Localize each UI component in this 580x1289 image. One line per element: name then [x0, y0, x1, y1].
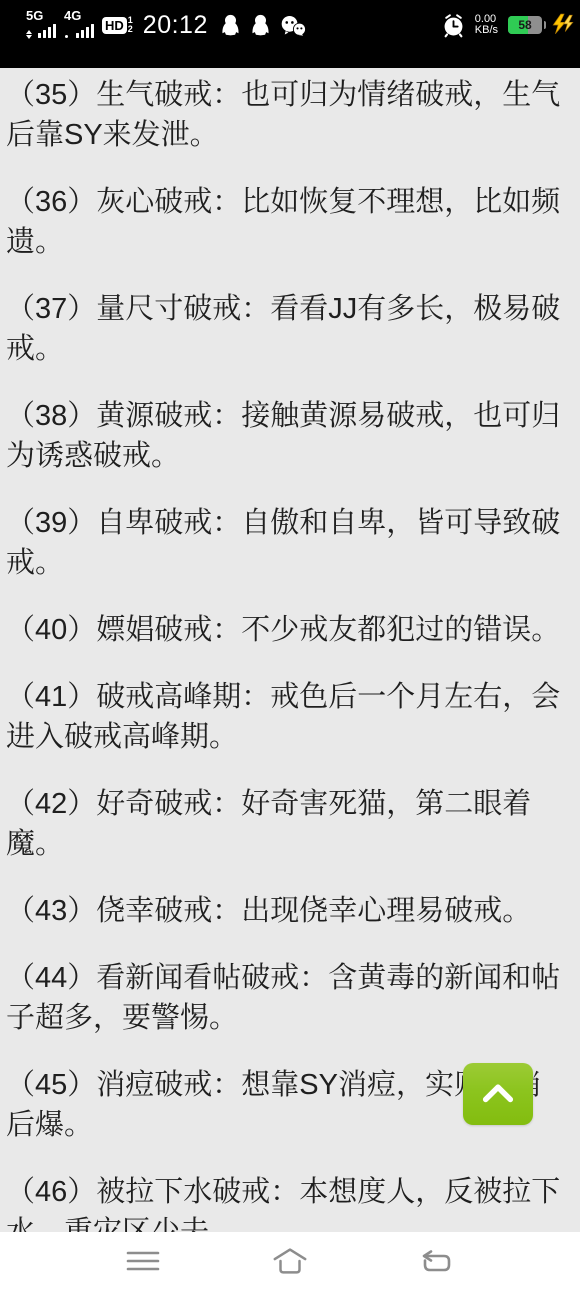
menu-icon: [126, 1247, 160, 1275]
hd-sim2-label: 2: [128, 25, 133, 34]
article-paragraph: （35）生气破戒：也可归为情绪破戒，生气后靠SY来发泄。: [6, 75, 568, 155]
signal-bars-icon: [76, 24, 95, 38]
network-speed-unit: KB/s: [475, 25, 498, 36]
alarm-clock-icon: [440, 12, 467, 39]
article-paragraph: （40）嫖娼破戒：不少戒友都犯过的错误。: [6, 610, 568, 650]
signal-bars-icon: [38, 24, 57, 38]
clock-time: 20:12: [143, 11, 208, 40]
hd-volte-icon: HD 1 2: [102, 16, 133, 34]
hd-badge: HD: [102, 17, 127, 34]
status-bar: 5G 4G HD 1 2 20:12: [0, 0, 580, 68]
article-paragraph: （36）灰心破戒：比如恢复不理想，比如频遗。: [6, 182, 568, 262]
chevron-up-icon: [474, 1076, 522, 1112]
battery-nub: [544, 21, 547, 29]
back-button[interactable]: [418, 1245, 456, 1277]
menu-button[interactable]: [124, 1245, 162, 1277]
notification-icons: [220, 14, 307, 37]
home-button[interactable]: [271, 1245, 309, 1277]
article-paragraph: （39）自卑破戒：自傲和自卑，皆可导致破戒。: [6, 503, 568, 583]
network-5g-label: 5G: [26, 9, 43, 22]
article-paragraph: （38）黄源破戒：接触黄源易破戒，也可归为诱惑破戒。: [6, 396, 568, 476]
article-paragraph: （42）好奇破戒：好奇害死猫，第二眼着魔。: [6, 784, 568, 864]
article-paragraph: （41）破戒高峰期：戒色后一个月左右，会进入破戒高峰期。: [6, 677, 568, 757]
article-paragraph: （44）看新闻看帖破戒：含黄毒的新闻和帖子超多，要警惕。: [6, 958, 568, 1038]
back-to-top-button[interactable]: [463, 1063, 533, 1125]
network-speed: 0.00 KB/s: [475, 14, 498, 36]
article-paragraph: （37）量尺寸破戒：看看JJ有多长，极易破戒。: [6, 289, 568, 369]
status-row: 5G 4G HD 1 2 20:12: [0, 0, 580, 48]
article-paragraph: （46）被拉下水破戒：本想度人，反被拉下水，重灾区少去。: [6, 1172, 568, 1232]
battery-percent-label: 58: [508, 16, 542, 34]
home-icon: [271, 1246, 309, 1276]
signal-5g-icon: 5G: [26, 9, 56, 41]
article-paragraph: （43）侥幸破戒：出现侥幸心理易破戒。: [6, 891, 568, 931]
updown-arrows-icon: [26, 30, 32, 39]
back-icon: [419, 1248, 455, 1274]
qq-icon: [220, 14, 241, 37]
article: （35）生气破戒：也可归为情绪破戒，生气后靠SY来发泄。 （36）灰心破戒：比如…: [0, 68, 580, 1232]
qq-icon: [250, 14, 271, 37]
phone-screen: 5G 4G HD 1 2 20:12: [0, 0, 580, 1289]
signal-dot-icon: [65, 35, 68, 38]
wechat-icon: [280, 15, 307, 36]
charging-bolt-icon: [552, 13, 574, 37]
navigation-bar: [0, 1232, 580, 1289]
network-4g-label: 4G: [64, 9, 81, 22]
hd-sim-digits: 1 2: [128, 16, 133, 34]
signal-4g-icon: 4G: [64, 9, 94, 41]
battery-indicator: 58: [508, 16, 542, 34]
